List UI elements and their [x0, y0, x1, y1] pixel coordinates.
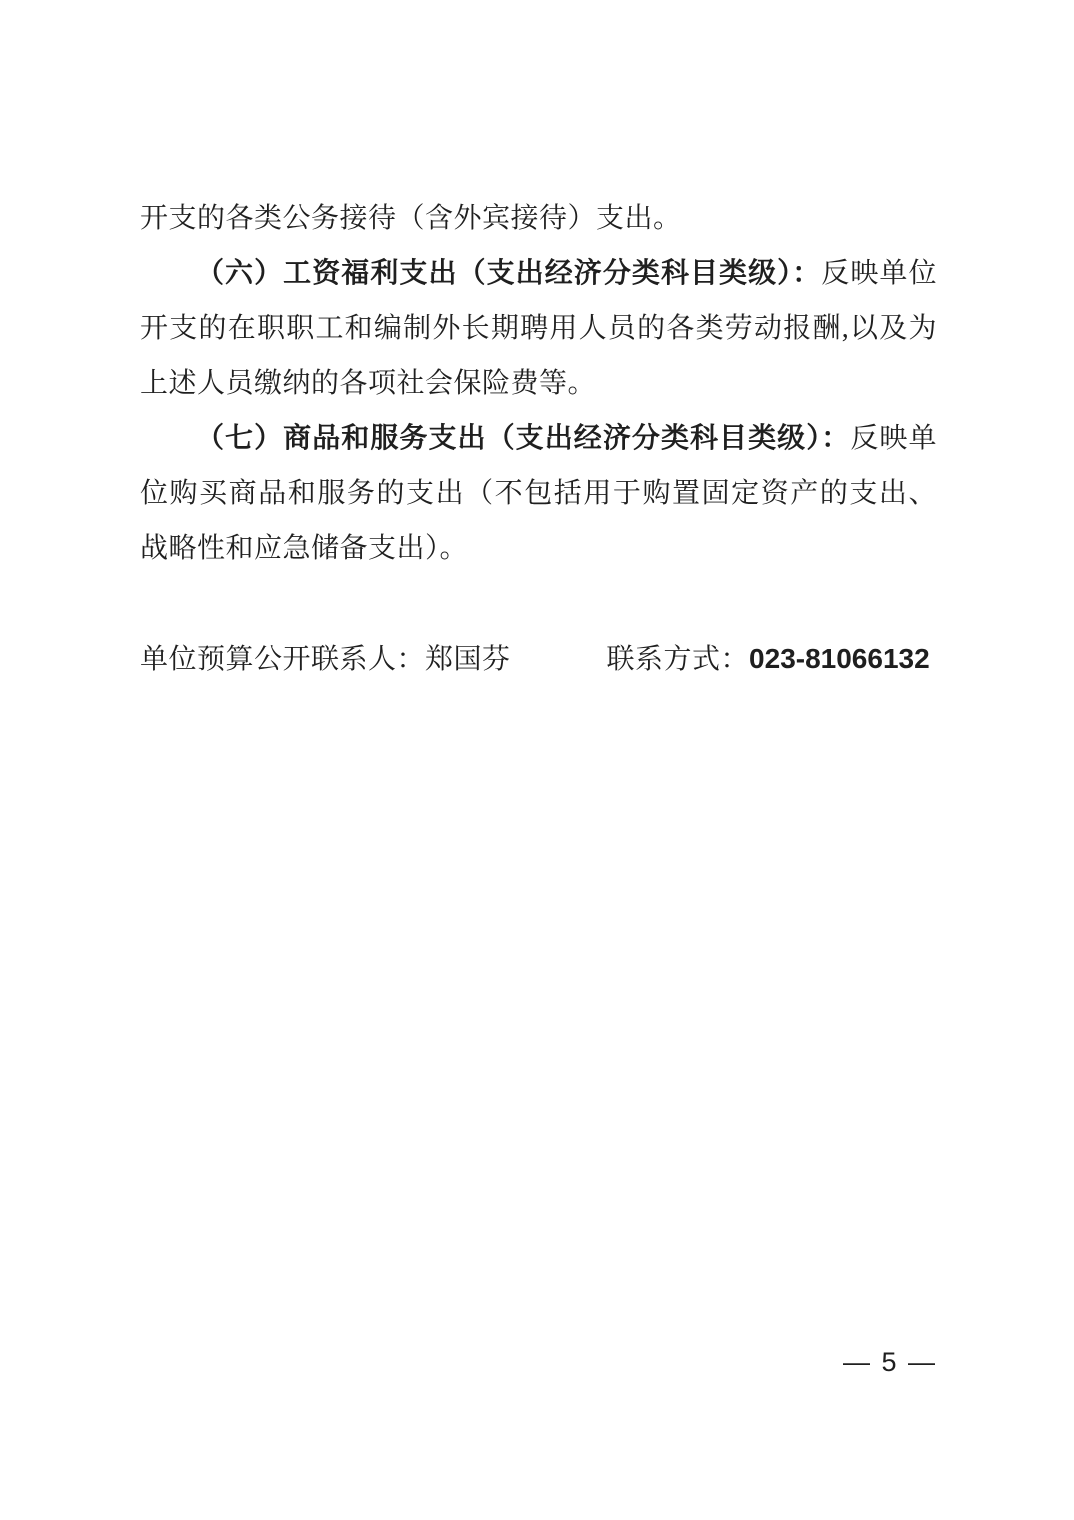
contact-person-name: 郑国芬: [425, 644, 511, 675]
contact-phone-label: 联系方式：: [607, 644, 750, 675]
body-text-block: 开支的各类公务接待（含外宾接待）支出。 （六）工资福利支出（支出经济分类科目类级…: [140, 191, 937, 687]
contact-line: 单位预算公开联系人：郑国芬联系方式：023-81066132: [140, 631, 937, 687]
paragraph-item-six: （六）工资福利支出（支出经济分类科目类级）：反映单位开支的在职职工和编制外长期聘…: [140, 246, 937, 411]
page-number: — 5 —: [843, 1342, 937, 1382]
paragraph-continuation: 开支的各类公务接待（含外宾接待）支出。: [140, 191, 937, 246]
contact-person-label: 单位预算公开联系人：: [140, 644, 425, 675]
contact-phone-number: 023-81066132: [749, 643, 930, 674]
paragraph-six-heading: （六）工资福利支出（支出经济分类科目类级）：: [196, 258, 821, 289]
document-page: 开支的各类公务接待（含外宾接待）支出。 （六）工资福利支出（支出经济分类科目类级…: [0, 0, 1074, 1520]
paragraph-seven-heading: （七）商品和服务支出（支出经济分类科目类级）：: [196, 423, 850, 454]
paragraph-item-seven: （七）商品和服务支出（支出经济分类科目类级）：反映单位购买商品和服务的支出（不包…: [140, 411, 937, 576]
